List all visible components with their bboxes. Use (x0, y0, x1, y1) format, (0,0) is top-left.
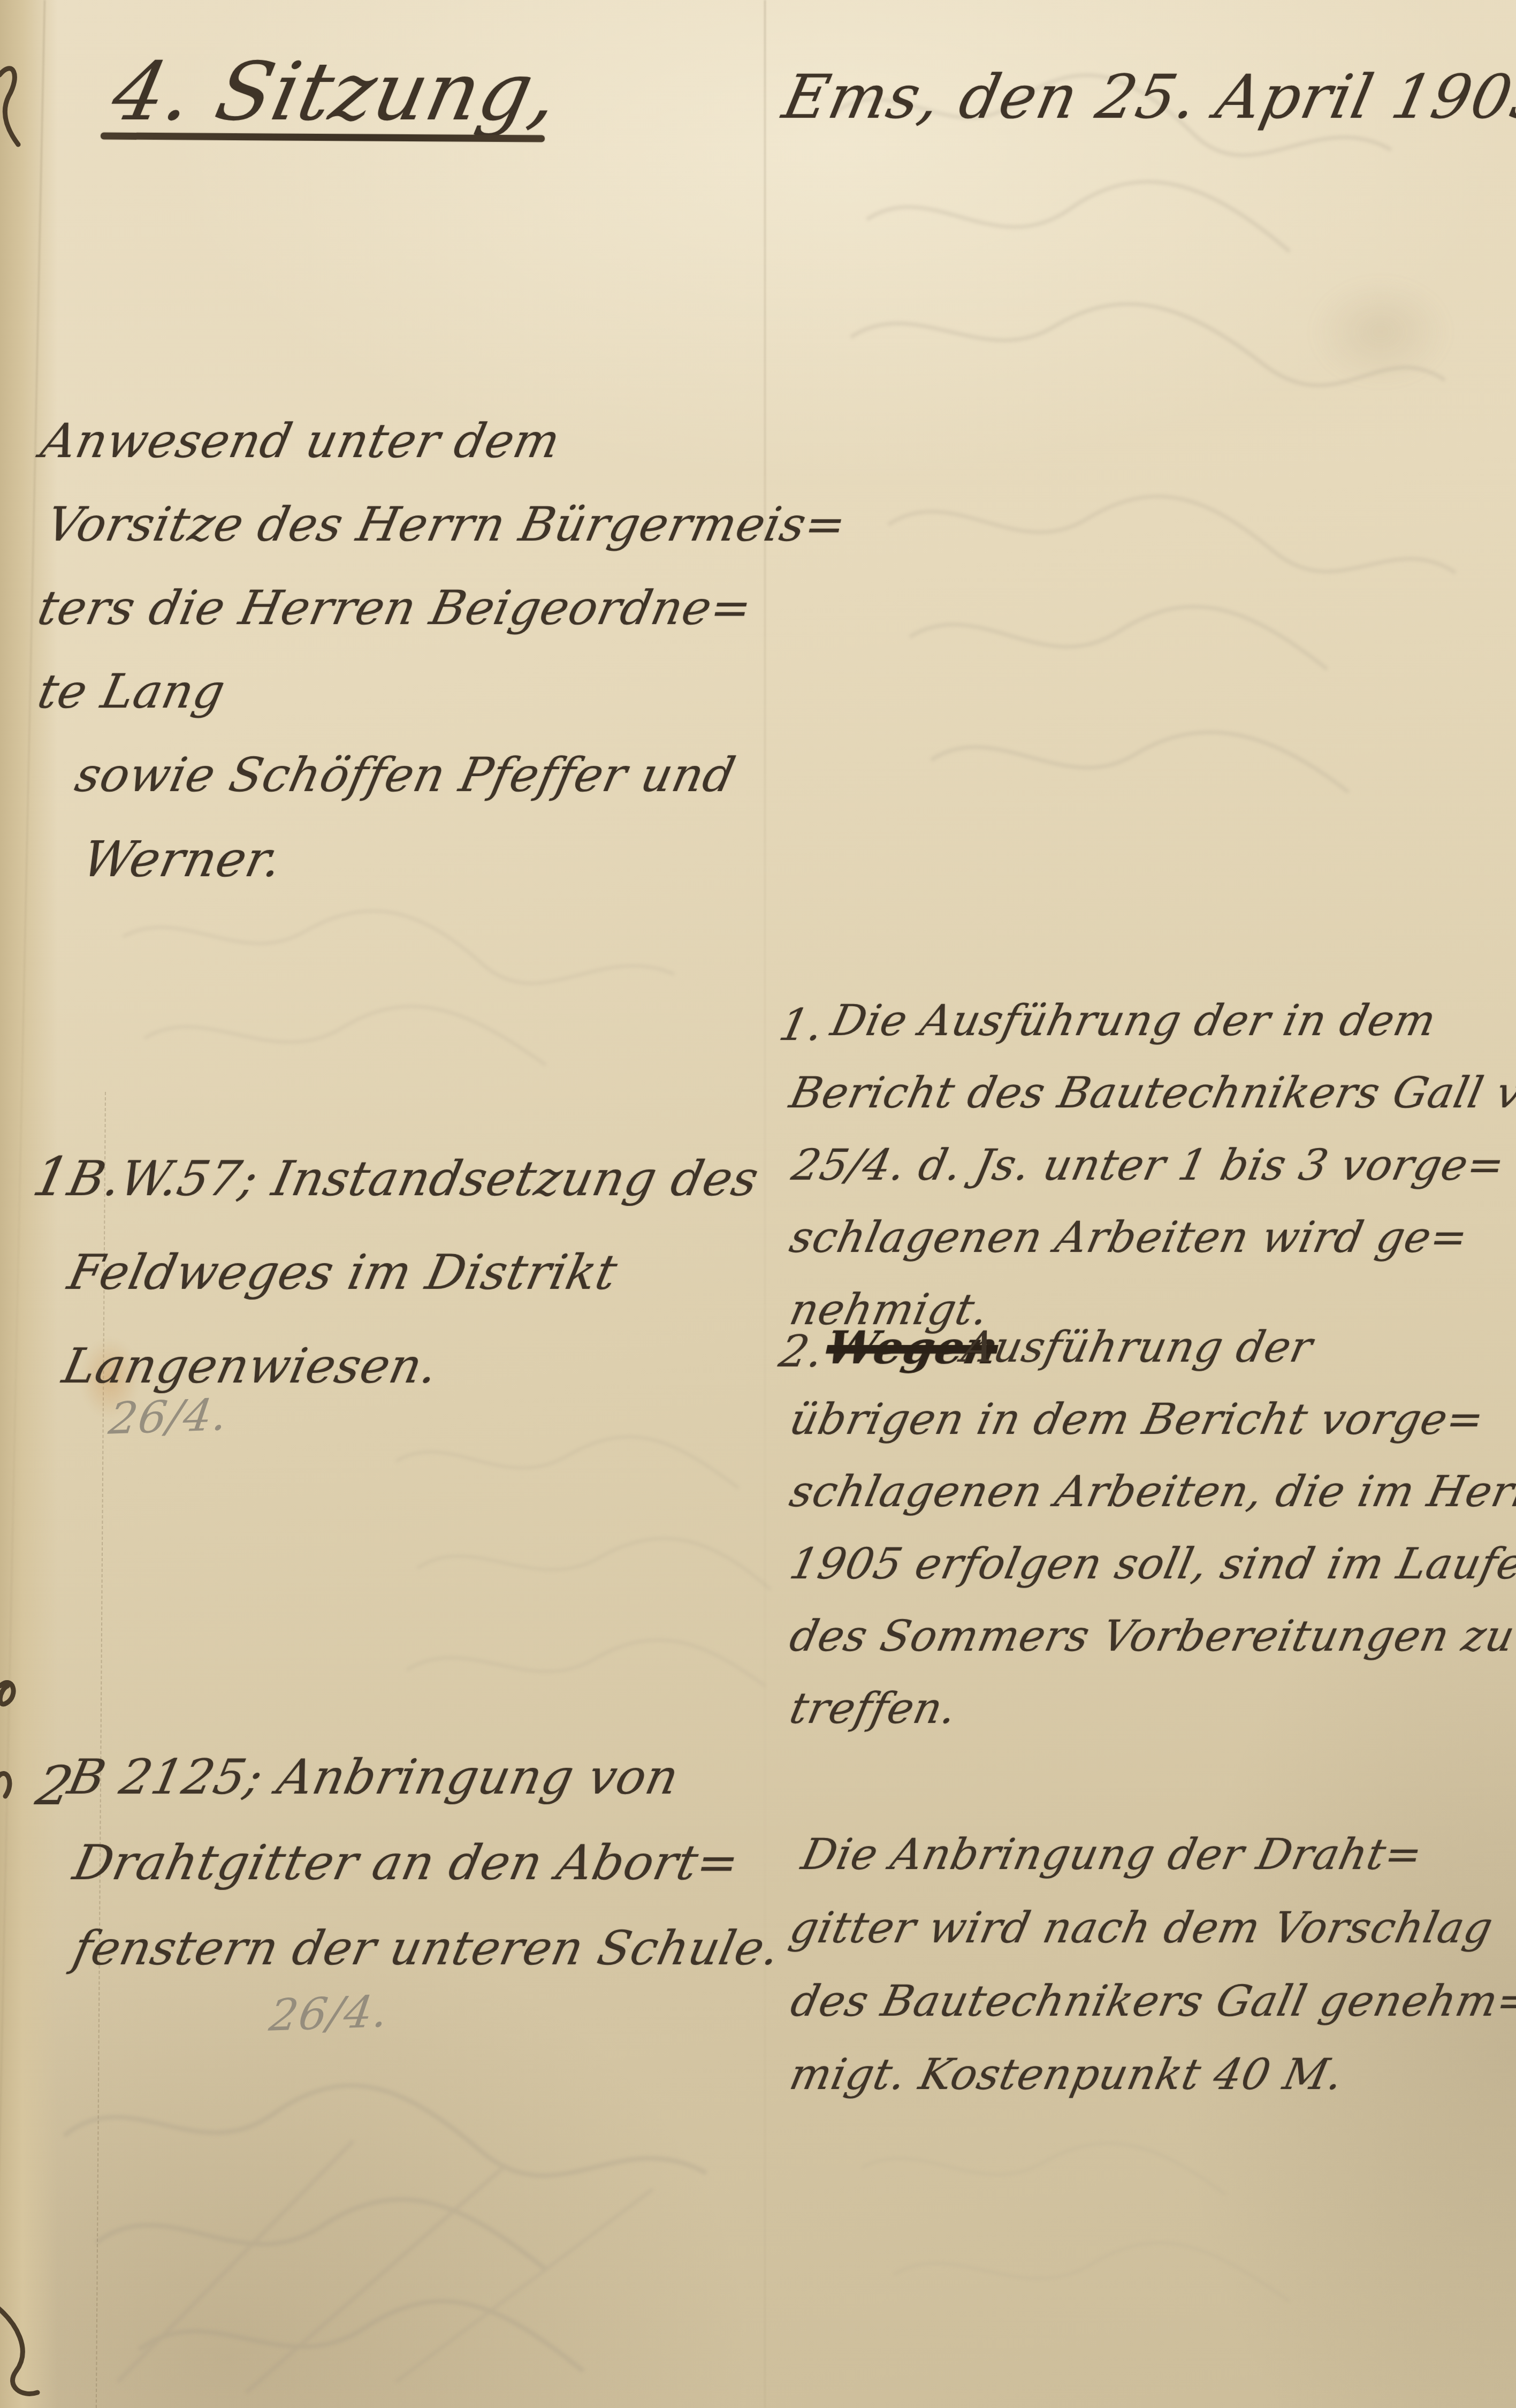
resolution-line: 1905 erfolgen soll, sind im Laufe (786, 1539, 1516, 1589)
resolution-line: schlagenen Arbeiten, die im Herbste (786, 1467, 1516, 1516)
edge-mark-icon (0, 1670, 22, 1809)
attendance-line: Anwesend unter dem (36, 413, 565, 468)
agenda-item-line: B.W.57; Instandsetzung des (63, 1151, 764, 1207)
edge-mark-icon (0, 54, 29, 214)
attendance-line: ters die Herren Beigeordne= (33, 580, 757, 635)
bleed-through-ghost (375, 1418, 803, 1739)
attendance-line: te Lang (33, 664, 230, 719)
resolution-number: 2. (775, 1326, 828, 1377)
pencil-date-note: 26/4. (266, 1986, 392, 2041)
resolution-line: 25/4. d. Js. unter 1 bis 3 vorge= (788, 1140, 1510, 1190)
bleed-through-ghost (96, 888, 738, 1135)
bleed-through-ghost (21, 2050, 824, 2403)
agenda-item-line: fenstern der unteren Schule. (68, 1920, 786, 1976)
center-fold-crease (764, 0, 766, 2408)
attendance-line: Vorsitze des Herrn Bürgermeis= (42, 497, 851, 552)
agenda-item-line: Langenwiesen. (58, 1338, 444, 1394)
resolution-line: schlagenen Arbeiten wird ge= (786, 1212, 1473, 1262)
dateline: Ems, den 25. April 1905. (777, 62, 1516, 132)
attendance-line: Werner. (78, 831, 287, 888)
attendance-line: sowie Schöffen Pfeffer und (71, 747, 740, 802)
agenda-item-line: Drahtgitter an den Abort= (68, 1835, 744, 1891)
pencil-date-note: 26/4. (106, 1389, 232, 1445)
manuscript-page: 4. Sitzung, Ems, den 25. April 1905. Anw… (0, 0, 1516, 2408)
resolution-line: Ausführung der (958, 1322, 1317, 1372)
agenda-item-line: Feldweges im Distrikt (63, 1244, 622, 1301)
agenda-item-line: B 2125; Anbringung von (63, 1749, 684, 1805)
resolution-line: Die Anbringung der Draht= (797, 1829, 1427, 1879)
bleed-through-ghost (829, 2114, 1418, 2382)
resolution-number: 1. (775, 1000, 828, 1051)
resolution-line: gitter wird nach dem Vorschlag (786, 1903, 1497, 1953)
resolution-line: Die Ausführung der in dem (827, 996, 1441, 1045)
resolution-line: des Sommers Vorbereitungen zu (786, 1611, 1516, 1661)
resolution-line: treffen. (786, 1683, 962, 1733)
resolution-line: übrigen in dem Bericht vorge= (786, 1394, 1489, 1444)
bleed-through-ghost (856, 460, 1498, 878)
resolution-line: migt. Kostenpunkt 40 M. (786, 2049, 1348, 2099)
resolution-line: des Bautechnikers Gall genehm= (787, 1976, 1516, 2026)
resolution-line: Bericht des Bautechnikers Gall vom (786, 1068, 1516, 1118)
session-title: 4. Sitzung, (104, 45, 568, 139)
